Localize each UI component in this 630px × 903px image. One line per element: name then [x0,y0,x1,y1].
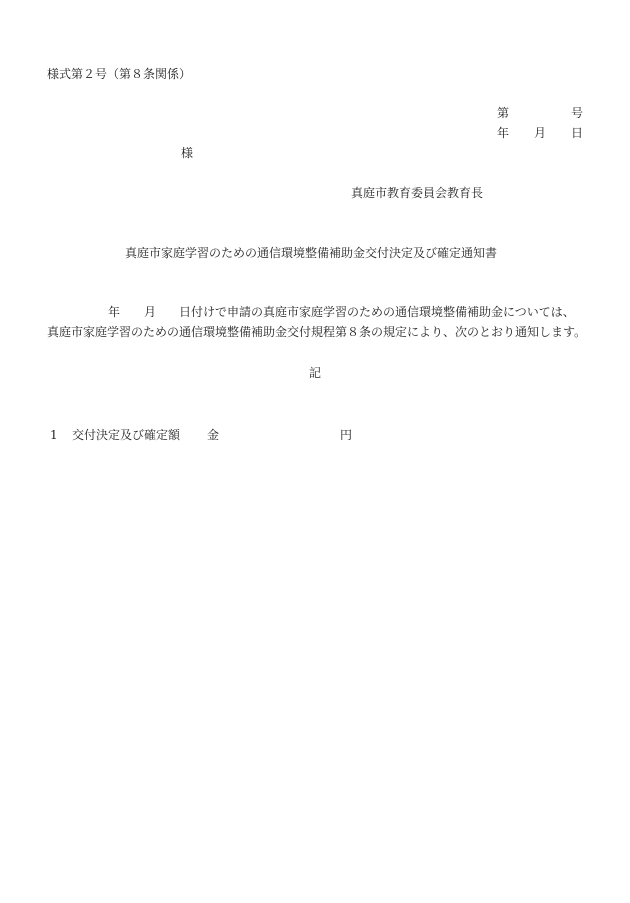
item-number: 1 [50,429,58,441]
reference-number-suffix: 号 [571,107,583,119]
addressee-suffix: 様 [181,147,193,159]
date-day-label: 日 [571,127,583,139]
body-line-1-text: 日付けで申請の真庭市家庭学習のための通信環境整備補助金については、 [179,305,575,319]
issuer: 真庭市教育委員会教育長 [351,187,483,199]
reference-number-prefix: 第 [497,107,509,119]
date-year-label: 年 [497,127,509,139]
item-currency-prefix: 金 [207,429,219,441]
ki-heading: 記 [309,367,321,379]
body-month-label: 月 [144,305,156,319]
document-title: 真庭市家庭学習のための通信環境整備補助金交付決定及び確定通知書 [125,247,497,259]
body-year-label: 年 [108,305,120,319]
item-label: 交付決定及び確定額 [72,429,180,441]
item-currency-suffix: 円 [340,429,352,441]
date-month-label: 月 [534,127,546,139]
body-paragraph-line-1: 年月日付けで申請の真庭市家庭学習のための通信環境整備補助金については、 [47,306,575,318]
form-number: 様式第２号（第８条関係） [47,68,191,80]
body-paragraph-line-2: 真庭市家庭学習のための通信環境整備補助金交付規程第８条の規定により、次のとおり通… [47,326,586,338]
